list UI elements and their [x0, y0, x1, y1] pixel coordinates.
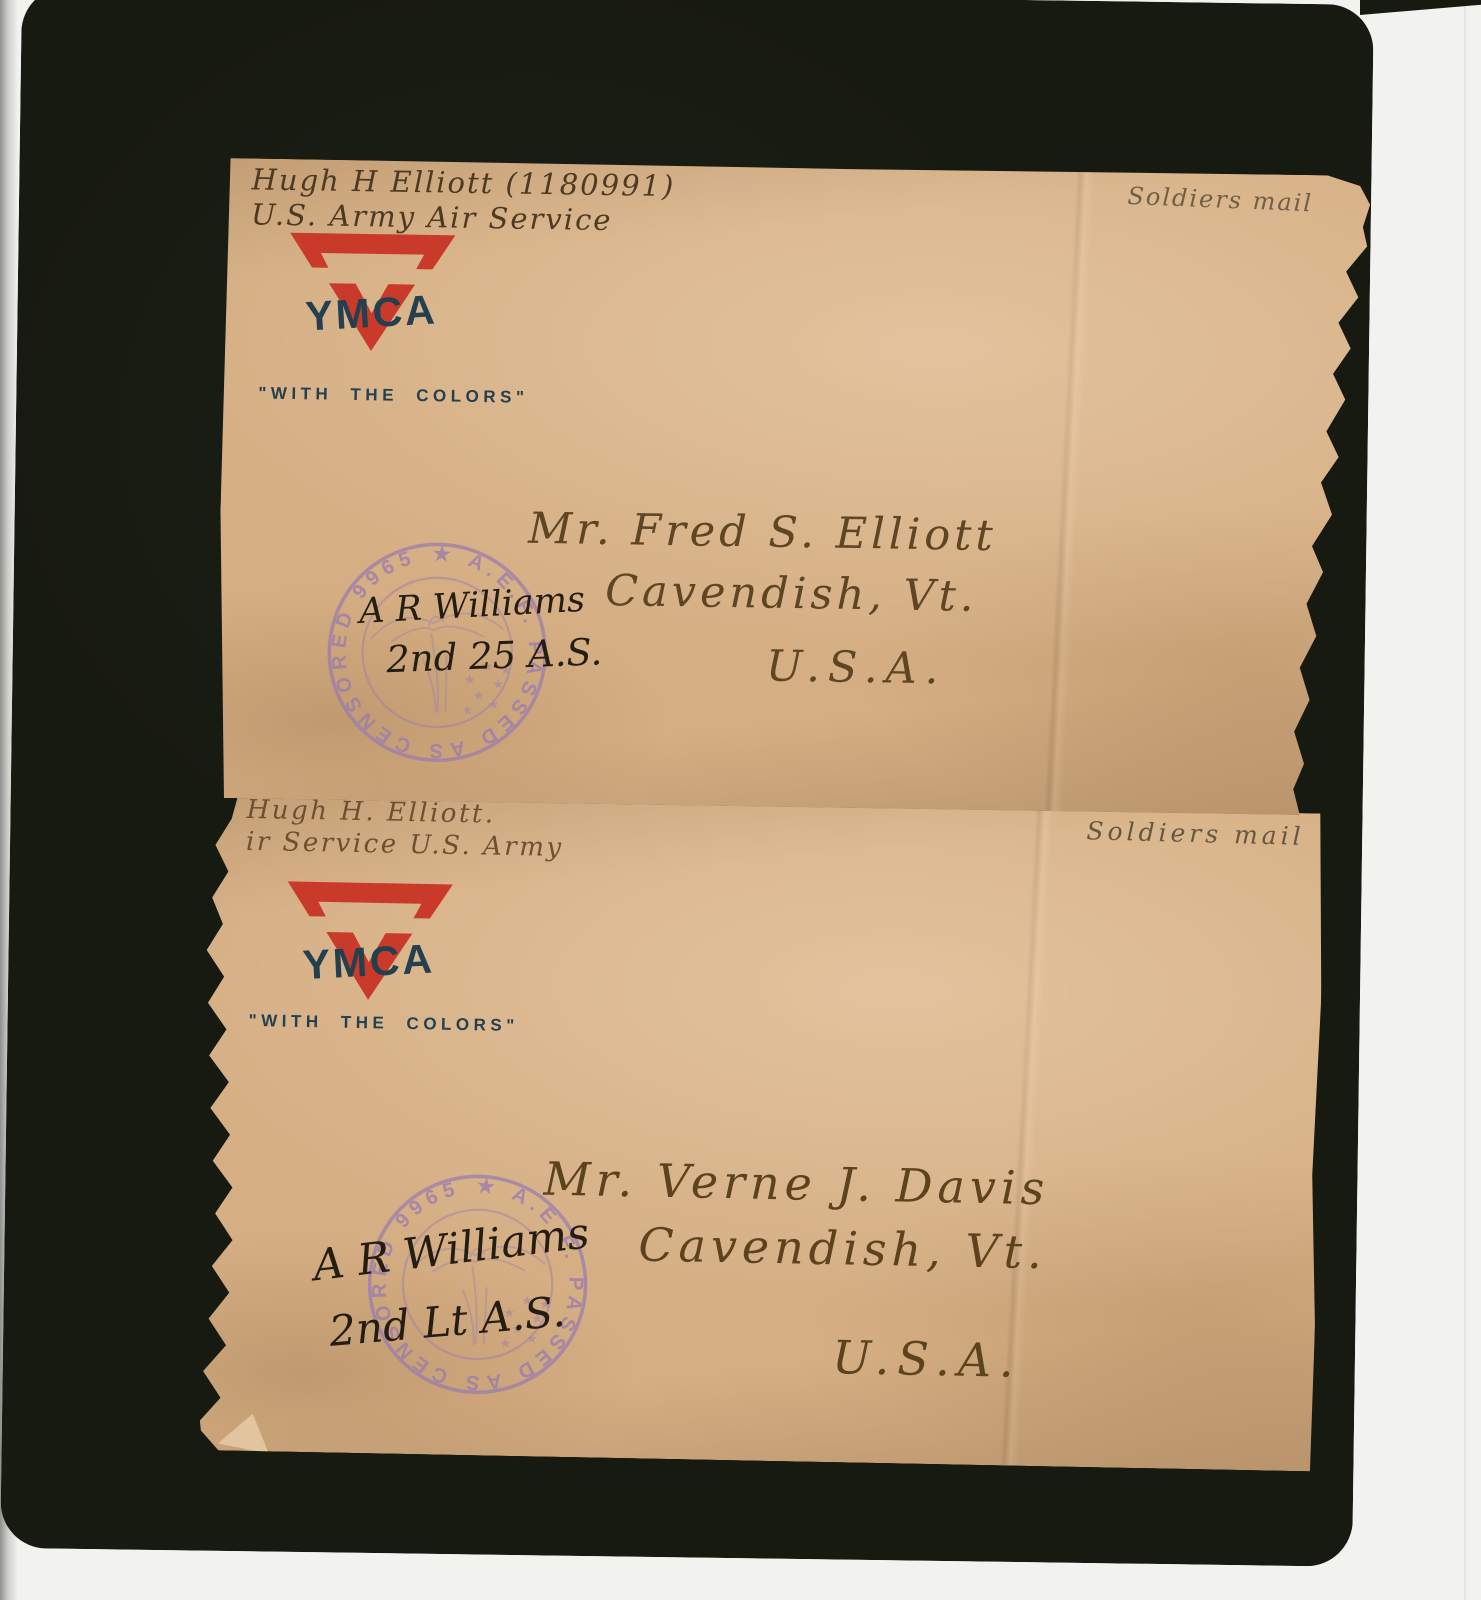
ymca-logo: YMCA: [284, 227, 459, 398]
recipient-name: Mr. Verne J. Davis: [543, 1147, 1050, 1221]
svg-text:★: ★: [473, 688, 486, 704]
album-page-top-edge: [1360, 0, 1481, 15]
sender-line: ir Service U.S. Army: [246, 827, 564, 865]
svg-text:★: ★: [461, 703, 474, 719]
soldiers-mail-note: Soldiers mail: [1127, 182, 1314, 217]
folded-corner: [218, 1408, 276, 1453]
recipient-country: U.S.A.: [766, 637, 996, 702]
soldiers-mail-note: Soldiers mail: [1086, 816, 1305, 851]
ymca-triangle-icon: YMCA: [284, 227, 459, 398]
svg-text:★: ★: [492, 677, 505, 693]
envelope-bottom: Hugh H. Elliott. ir Service U.S. Army So…: [190, 792, 1324, 1471]
recipient-city: Cavendish, Vt.: [638, 1213, 1049, 1285]
censor-signature-rank: 2nd 25 A.S.: [385, 630, 602, 681]
recipient-address: Mr. Verne J. Davis Cavendish, Vt. U.S.A.: [540, 1147, 1050, 1394]
ymca-logo-text: YMCA: [302, 936, 436, 989]
ymca-logo-text: YMCA: [304, 286, 438, 339]
svg-text:★: ★: [487, 698, 500, 714]
envelope-top: Hugh H Elliott (1180991) U.S. Army Air S…: [216, 158, 1373, 816]
recipient-name: Mr. Fred S. Elliott: [528, 499, 997, 567]
scanned-photo: Hugh H Elliott (1180991) U.S. Army Air S…: [0, 0, 1481, 1600]
with-the-colors-slogan: "WITH THE COLORS": [258, 384, 529, 408]
sender-address: Hugh H. Elliott. ir Service U.S. Army: [246, 795, 565, 865]
recipient-country: U.S.A.: [832, 1325, 1047, 1393]
scanner-line: [1464, 0, 1466, 1600]
recipient-city: Cavendish, Vt.: [605, 561, 997, 628]
